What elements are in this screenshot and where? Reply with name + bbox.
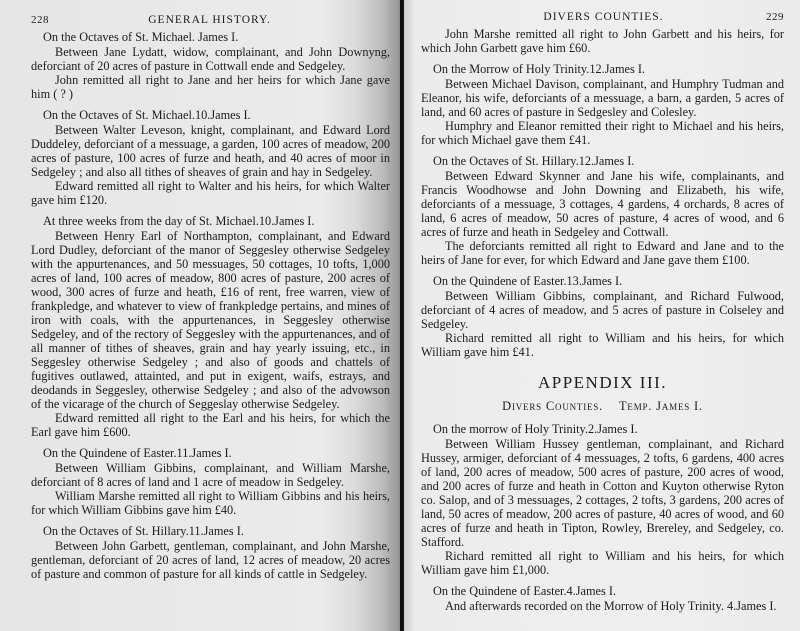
appendix-subtitle-right: Temp. James I. (619, 399, 703, 413)
entry: On the Morrow of Holy Trinity.12.James I… (421, 62, 784, 147)
entry-paragraph: Between William Gibbins, complainant, an… (421, 289, 784, 331)
entry-paragraph: William Marshe remitted all right to Wil… (31, 489, 390, 517)
entry-paragraph: Between Jane Lydatt, widow, complainant,… (31, 45, 390, 73)
appendix-subtitle: Divers Counties. Temp. James I. (421, 399, 784, 414)
entry-paragraph: Humphry and Eleanor remitted their right… (421, 119, 784, 147)
entry-paragraph: Between Edward Skynner and Jane his wife… (421, 169, 784, 239)
entry: On the Octaves of St. Hillary.11.James I… (31, 524, 390, 581)
running-title: DIVERS COUNTIES. (441, 11, 766, 23)
entry: On the morrow of Holy Trinity.2.James I.… (421, 422, 784, 577)
entry-heading: On the Quindene of Easter.11.James I. (31, 446, 390, 460)
entry: On the Quindene of Easter.4.James I. And… (421, 584, 784, 613)
book-spine (400, 0, 403, 631)
entry-paragraph: Between John Garbett, gentleman, complai… (31, 539, 390, 581)
entry-paragraph: Between William Hussey gentleman, compla… (421, 437, 784, 549)
appendix-subtitle-left: Divers Counties. (502, 399, 603, 413)
entry-paragraph: Between Walter Leveson, knight, complain… (31, 123, 390, 179)
entry-paragraph: And afterwards recorded on the Morrow of… (421, 599, 784, 613)
entry-heading: On the Octaves of St. Michael. James I. (31, 30, 390, 44)
entry-heading: On the morrow of Holy Trinity.2.James I. (421, 422, 784, 436)
entry-heading: On the Quindene of Easter.4.James I. (421, 584, 784, 598)
left-page: 228 GENERAL HISTORY. On the Octaves of S… (0, 0, 402, 631)
entry: On the Octaves of St. Michael. James I. … (31, 30, 390, 101)
entry: John Marshe remitted all right to John G… (421, 27, 784, 55)
entry: On the Quindene of Easter.13.James I. Be… (421, 274, 784, 359)
entry: On the Quindene of Easter.11.James I. Be… (31, 446, 390, 517)
entry-paragraph: John remitted all right to Jane and her … (31, 73, 390, 101)
appendix-title: APPENDIX III. (421, 373, 784, 393)
entry-heading: On the Octaves of St. Hillary.11.James I… (31, 524, 390, 538)
page-number: 228 (31, 14, 49, 26)
entry: On the Octaves of St. Hillary.12.James I… (421, 154, 784, 267)
entry-heading: On the Quindene of Easter.13.James I. (421, 274, 784, 288)
page-number: 229 (766, 11, 784, 23)
entry-paragraph: Between Michael Davison, complainant, an… (421, 77, 784, 119)
entry-paragraph: Richard remitted all right to William an… (421, 331, 784, 359)
running-title: GENERAL HISTORY. (49, 14, 370, 26)
entry-paragraph: Edward remitted all right to Walter and … (31, 179, 390, 207)
entry-paragraph: Richard remitted all right to William an… (421, 549, 784, 577)
entry-heading: At three weeks from the day of St. Micha… (31, 214, 390, 228)
entry-heading: On the Octaves of St. Michael.10.James I… (31, 108, 390, 122)
left-running-head: 228 GENERAL HISTORY. (31, 14, 390, 26)
entry-heading: On the Morrow of Holy Trinity.12.James I… (421, 62, 784, 76)
entry-paragraph: John Marshe remitted all right to John G… (421, 27, 784, 55)
entry-paragraph: The deforciants remitted all right to Ed… (421, 239, 784, 267)
entry-heading: On the Octaves of St. Hillary.12.James I… (421, 154, 784, 168)
entry-paragraph: Between William Gibbins, complainant, an… (31, 461, 390, 489)
entry: At three weeks from the day of St. Micha… (31, 214, 390, 439)
right-running-head: DIVERS COUNTIES. 229 (421, 11, 784, 23)
entry-paragraph: Edward remitted all right to the Earl an… (31, 411, 390, 439)
entry-paragraph: Between Henry Earl of Northampton, compl… (31, 229, 390, 411)
right-page: DIVERS COUNTIES. 229 John Marshe remitte… (402, 0, 800, 631)
entry: On the Octaves of St. Michael.10.James I… (31, 108, 390, 207)
